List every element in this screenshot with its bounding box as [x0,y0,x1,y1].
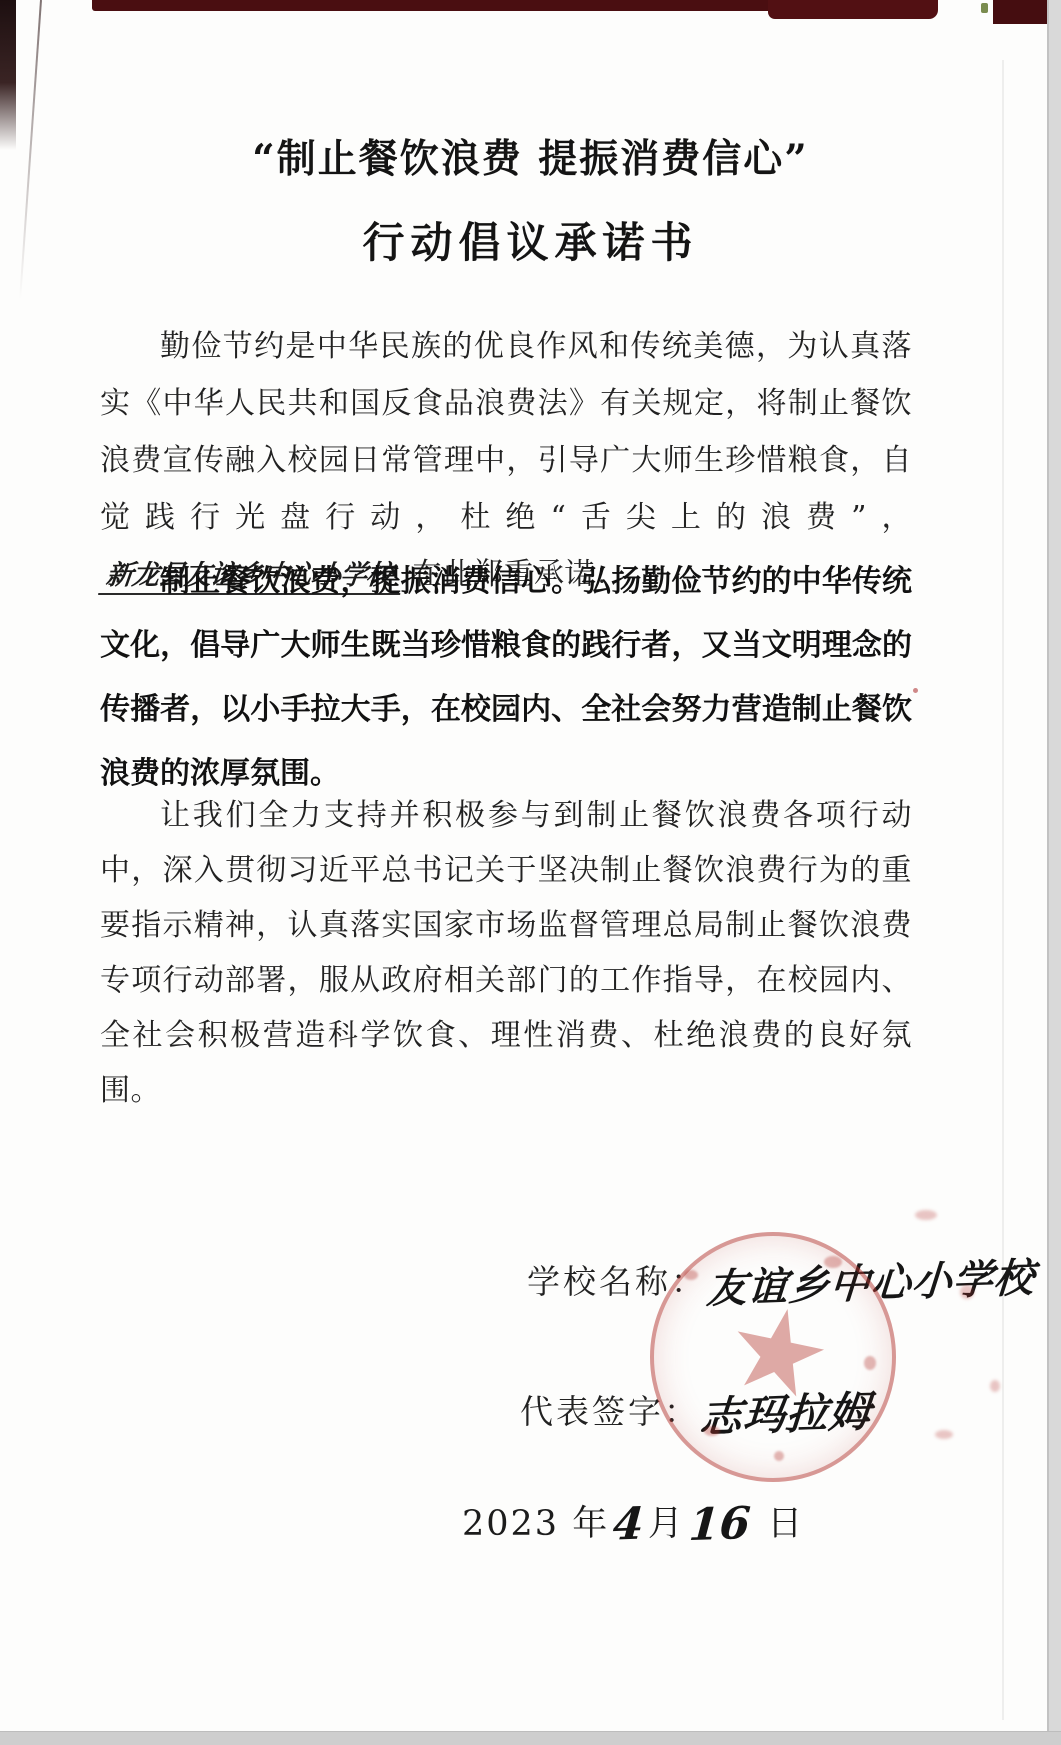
seal-star-icon [723,1299,832,1408]
paragraph-2-bold: 制止餐饮浪费，提振消费信心。弘扬勤俭节约的中华传统文化，倡导广大师生既当珍惜粮食… [100,550,912,806]
date-year: 2023 [462,1504,559,1544]
date-day-handwritten: 16 [687,1498,752,1551]
paper-crease [1002,60,1004,1720]
scanned-document-page: “制止餐饮浪费 提振消费信心” 行动倡议承诺书 勤俭节约是中华民族的优良作风和传… [0,0,1061,1745]
date-month-handwritten: 4 [611,1498,645,1550]
photo-edge-speck [981,3,988,13]
seal-speck [824,1256,842,1268]
seal-speck [774,1451,784,1461]
official-seal [650,1232,896,1482]
ink-speck [913,688,918,693]
seal-ink-smudge [960,1285,974,1299]
paragraph-1-text-before-blank: 勤俭节约是中华民族的优良作风和传统美德，为认真落实《中华人民共和国反食品浪费法》… [100,329,912,535]
photo-edge-top-blob [768,0,938,19]
date-month-unit: 月 [648,1504,685,1544]
seal-ink-smudge [935,1430,953,1439]
document-title: “制止餐饮浪费 提振消费信心” [252,136,808,182]
photo-edge-bottom [0,1731,1061,1745]
date-row: 2023 年4月16 日 [462,1496,804,1550]
date-day-unit: 日 [767,1504,804,1544]
seal-ink-smudge [915,1210,937,1220]
photo-edge-top [92,0,782,11]
document-subtitle: 行动倡议承诺书 [362,218,698,267]
seal-speck [684,1270,698,1280]
seal-speck [704,1426,720,1436]
paragraph-3: 让我们全力支持并积极参与到制止餐饮浪费各项行动中，深入贯彻习近平总书记关于坚决制… [100,788,912,1118]
date-year-unit: 年 [572,1504,609,1544]
seal-speck [864,1356,876,1370]
seal-ink-smudge [990,1380,1000,1392]
